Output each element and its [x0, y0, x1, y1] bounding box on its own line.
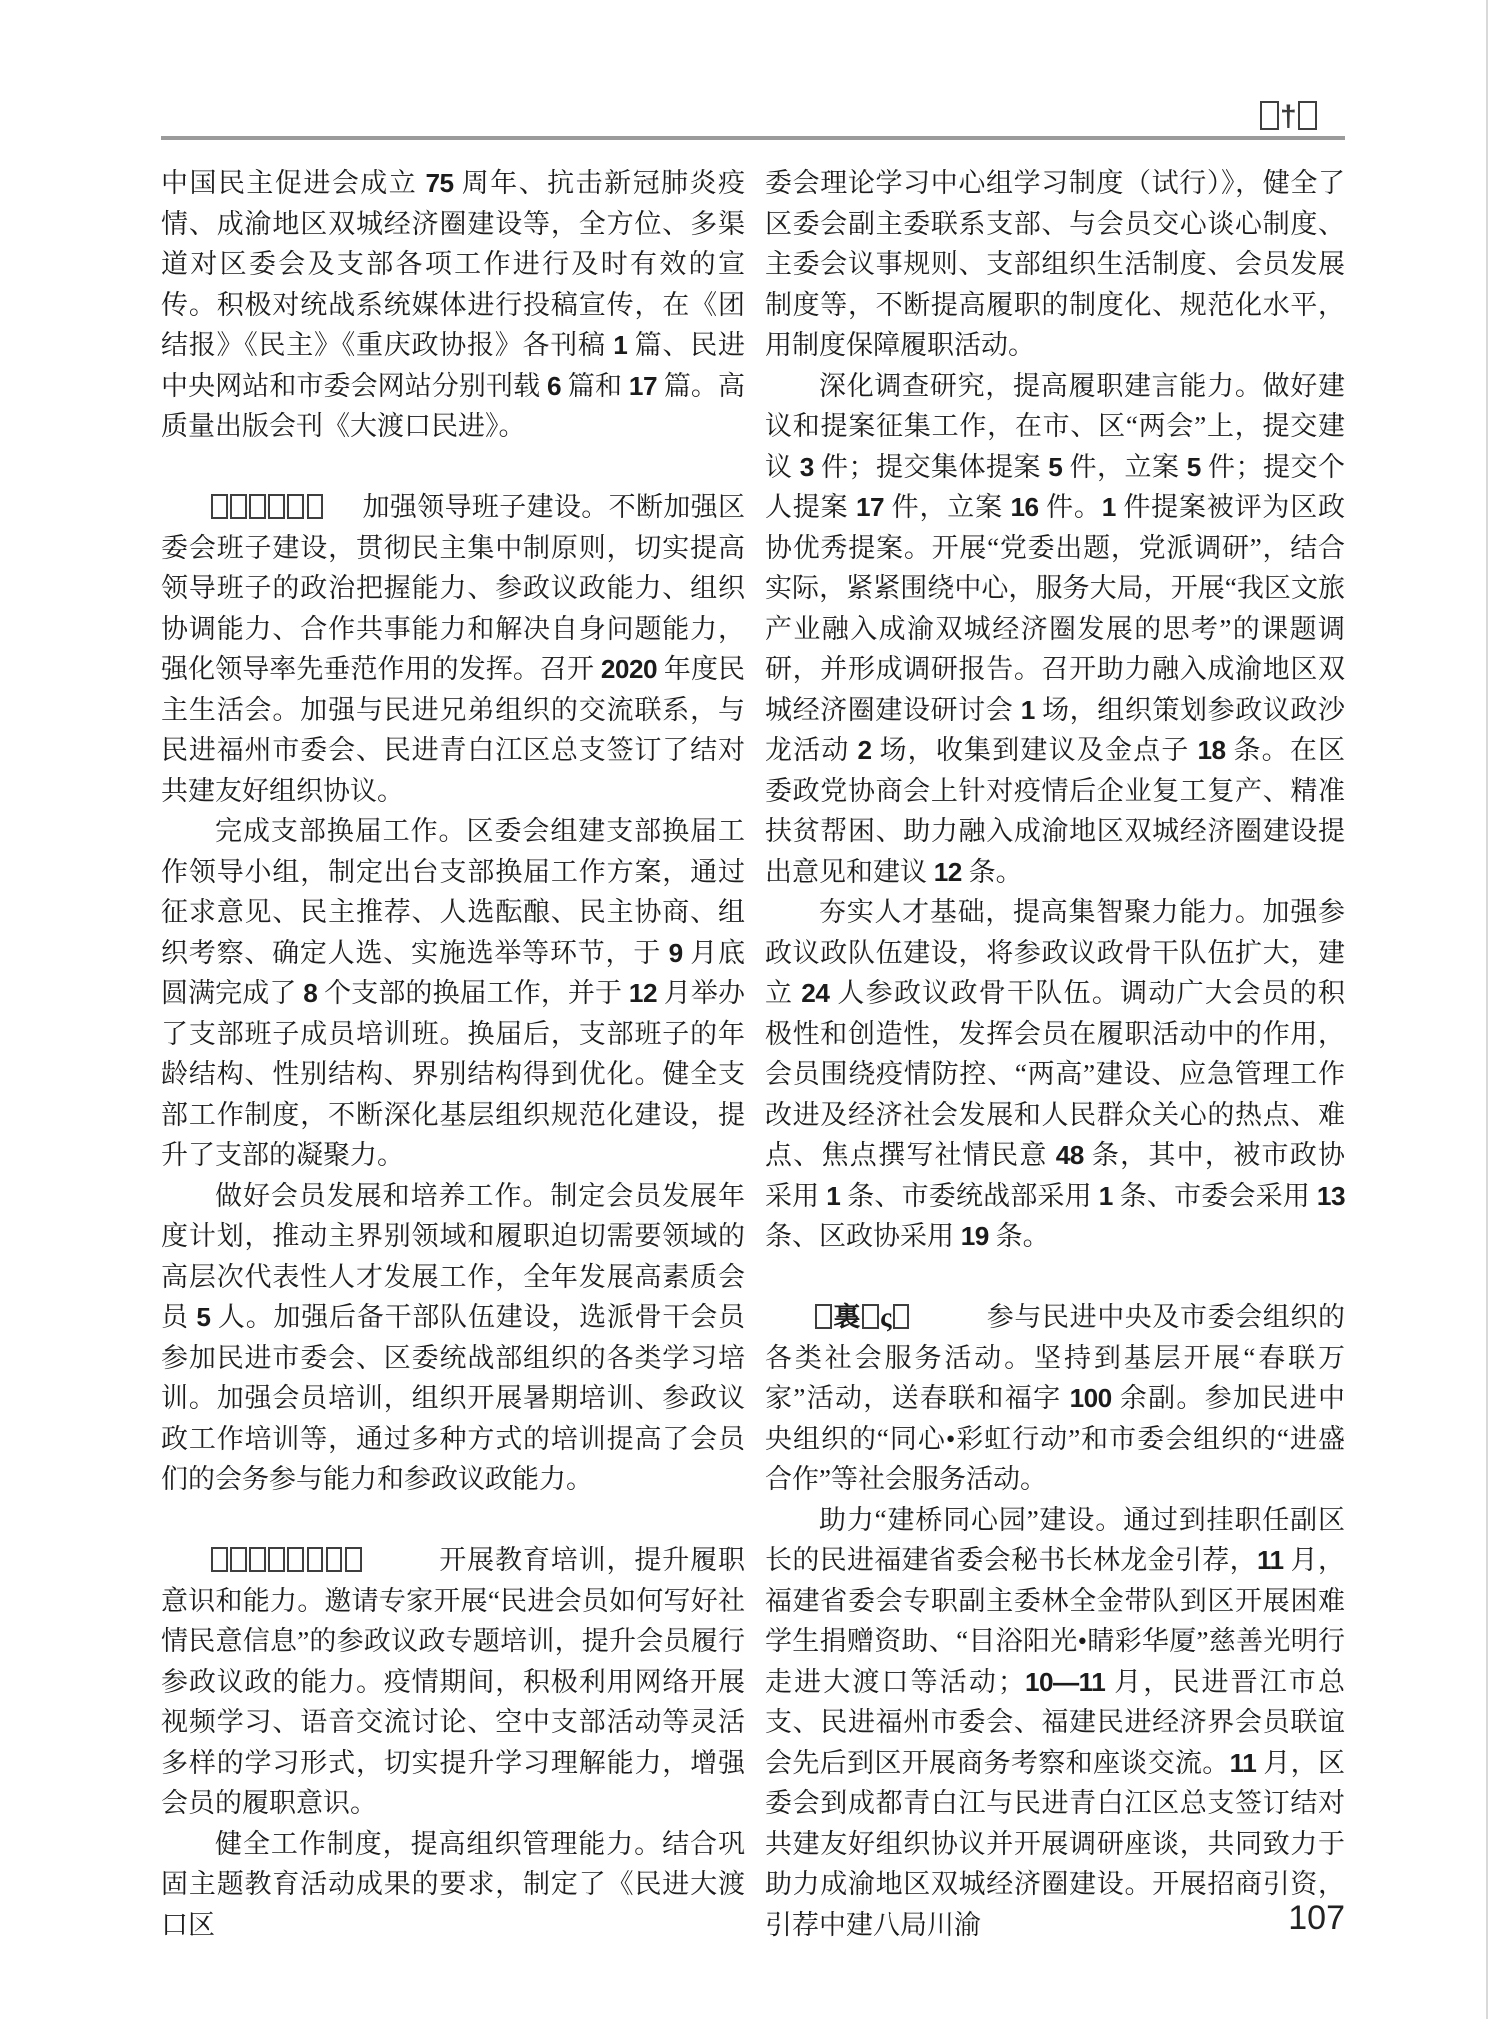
tofu-box [815, 1304, 832, 1330]
paragraph: 健全工作制度，提高组织管理能力。结合巩固主题教育活动成果的要求，制定了《民进大渡… [161, 1824, 745, 1946]
tofu-box [268, 1547, 285, 1573]
tofu-box [1260, 101, 1279, 130]
document-page: † 中国民主促进会成立 75 周年、抗击新冠肺炎疫情、成渝地区双城经济圈建设等，… [0, 0, 1488, 2019]
paragraph: 助力“建桥同心园”建设。通过到挂职任副区长的民进福建省委会秘书长林龙金引荐，11… [765, 1500, 1345, 1946]
paragraph: 完成支部换届工作。区委会组建支部换届工作领导小组，制定出台支部换届工作方案，通过… [161, 811, 745, 1176]
paragraph: 深化调查研究，提高履职建言能力。做好建议和提案征集工作，在市、区“两会”上，提交… [765, 366, 1345, 893]
section-paragraph: 开展教育培训，提升履职意识和能力。邀请专家开展“民进会员如何写好社情民意信息”的… [161, 1540, 745, 1824]
header-rule [161, 136, 1345, 140]
tofu-box [268, 494, 285, 520]
section-heading-tofu [210, 492, 325, 522]
section-paragraph: 加强领导班子建设。不断加强区委会班子建设，贯彻民主集中制原则，切实提高领导班子的… [161, 487, 745, 811]
tofu-box [307, 1547, 324, 1573]
tofu-box [1298, 101, 1317, 130]
tofu-box [211, 1547, 228, 1573]
tofu-box [326, 1547, 343, 1573]
tofu-box [230, 494, 247, 520]
tofu-box [287, 494, 304, 520]
paragraph: 夯实人才基础，提高集智聚力能力。加强参政议政队伍建设，将参政议政骨干队伍扩大，建… [765, 892, 1345, 1257]
tofu-box [211, 494, 228, 520]
page-number: 107 [1145, 1898, 1345, 1938]
tofu-box [893, 1304, 910, 1330]
tofu-box [862, 1304, 879, 1330]
right-column: 委会理论学习中心组学习制度（试行）》，健全了区委会副主委联系支部、与会员交心谈心… [765, 163, 1345, 1945]
tofu-box [345, 1547, 362, 1573]
paragraph: 委会理论学习中心组学习制度（试行）》，健全了区委会副主委联系支部、与会员交心谈心… [765, 163, 1345, 366]
paragraph: 做好会员发展和培养工作。制定会员发展年度计划，推动主界别领域和履职迫切需要领域的… [161, 1176, 745, 1500]
tofu-box [230, 1547, 247, 1573]
tofu-box [287, 1547, 304, 1573]
section-paragraph: 裏ς参与民进中央及市委会组织的各类社会服务活动。坚持到基层开展“春联万家”活动，… [765, 1297, 1345, 1500]
tofu-box [249, 494, 266, 520]
paragraph-text: 开展教育培训，提升履职意识和能力。邀请专家开展“民进会员如何写好社情民意信息”的… [161, 1545, 745, 1818]
running-header-glyphs: † [1156, 99, 1318, 135]
tofu-box [307, 494, 324, 520]
left-column: 中国民主促进会成立 75 周年、抗击新冠肺炎疫情、成渝地区双城经济圈建设等，全方… [161, 163, 745, 1945]
section-heading-tofu: 裏ς [814, 1302, 911, 1332]
paragraph-text: 加强领导班子建设。不断加强区委会班子建设，贯彻民主集中制原则，切实提高领导班子的… [161, 492, 745, 806]
section-heading-tofu [210, 1545, 363, 1575]
tofu-box [249, 1547, 266, 1573]
paragraph: 中国民主促进会成立 75 周年、抗击新冠肺炎疫情、成渝地区双城经济圈建设等，全方… [161, 163, 745, 447]
